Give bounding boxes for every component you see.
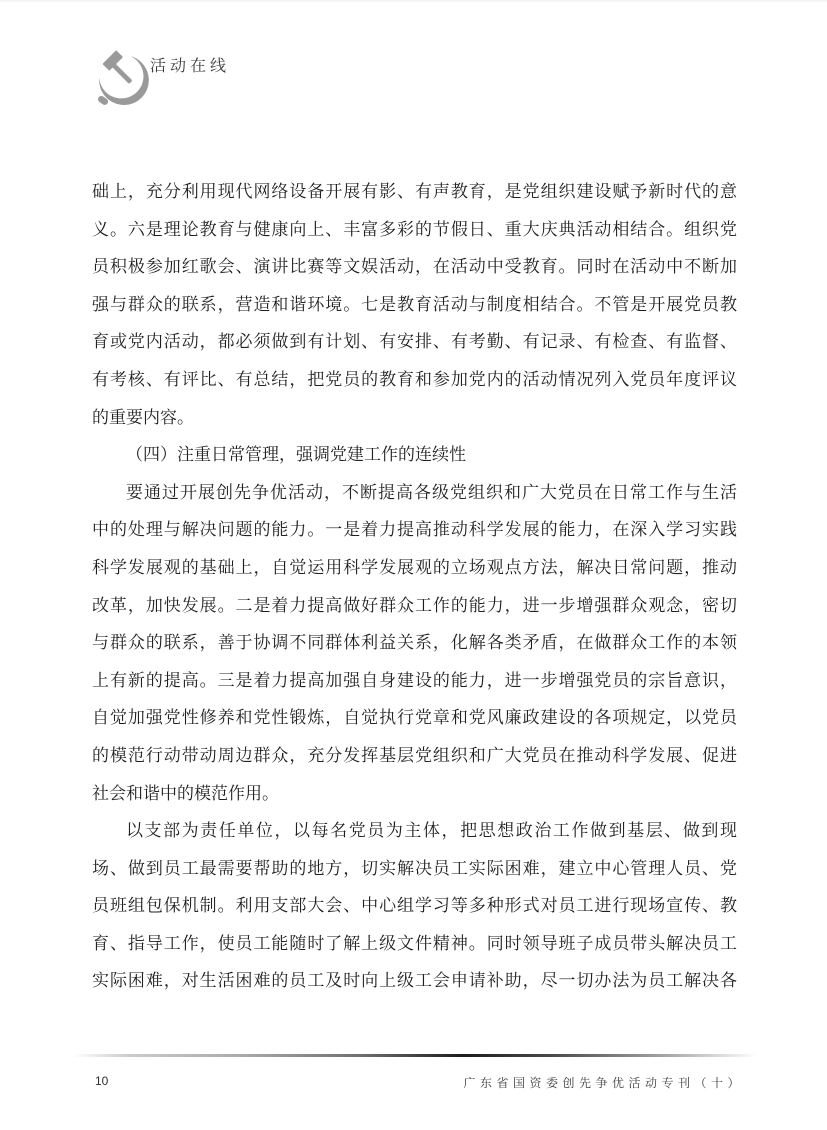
text-line: 义。六是理论教育与健康向上、丰富多彩的节假日、重大庆典活动相结合。组织党 <box>92 211 737 249</box>
text-line: 育、指导工作，使员工能随时了解上级文件精神。同时领导班子成员带头解决员工 <box>92 925 737 963</box>
text-line: 实际困难，对生活困难的员工及时向上级工会申请补助，尽一切办法为员工解决各 <box>92 962 737 1000</box>
text-line: 以支部为责任单位，以每名党员为主体，把思想政治工作做到基层、做到现 <box>92 812 737 850</box>
text-line: 有考核、有评比、有总结，把党员的教育和参加党内的活动情况列入党员年度评议 <box>92 361 737 399</box>
text-line: 员班组包保机制。利用支部大会、中心组学习等多种形式对员工进行现场宣传、教 <box>92 887 737 925</box>
party-emblem-icon <box>96 46 150 109</box>
text-line: 自觉加强党性修养和党性锻炼，自觉执行党章和党风廉政建设的各项规定，以党员 <box>92 699 737 737</box>
journal-title: 广东省国资委创先争优活动专刊（十） <box>463 1074 744 1091</box>
text-line: 础上，充分利用现代网络设备开展有影、有声教育，是党组织建设赋予新时代的意 <box>92 173 737 211</box>
document-page: 活动在线 础上，充分利用现代网络设备开展有影、有声教育，是党组织建设赋予新时代的… <box>0 0 827 1130</box>
text-line: 的模范行动带动周边群众，充分发挥基层党组织和广大党员在推动科学发展、促进 <box>92 737 737 775</box>
page-header: 活动在线 <box>0 0 827 130</box>
page-number: 10 <box>95 1074 108 1088</box>
text-line: 的重要内容。 <box>92 399 737 437</box>
text-line: 员积极参加红歌会、演讲比赛等文娱活动，在活动中受教育。同时在活动中不断加 <box>92 248 737 286</box>
section-heading: （四）注重日常管理，强调党建工作的连续性 <box>92 436 737 474</box>
text-line: 上有新的提高。三是着力提高加强自身建设的能力，进一步增强党员的宗旨意识， <box>92 662 737 700</box>
text-line: 场、做到员工最需要帮助的地方，切实解决员工实际困难，建立中心管理人员、党 <box>92 850 737 888</box>
text-line: 强与群众的联系，营造和谐环境。七是教育活动与制度相结合。不管是开展党员教 <box>92 286 737 324</box>
text-line: 改革，加快发展。二是着力提高做好群众工作的能力，进一步增强群众观念，密切 <box>92 587 737 625</box>
text-line: 中的处理与解决问题的能力。一是着力提高推动科学发展的能力，在深入学习实践 <box>92 511 737 549</box>
body-text: 础上，充分利用现代网络设备开展有影、有声教育，是党组织建设赋予新时代的意 义。六… <box>92 173 737 1000</box>
text-line: 科学发展观的基础上，自觉运用科学发展观的立场观点方法，解决日常问题，推动 <box>92 549 737 587</box>
text-line: 社会和谐中的模范作用。 <box>92 775 737 813</box>
footer-rule <box>73 1054 757 1057</box>
text-line: 与群众的联系，善于协调不同群体利益关系，化解各类矛盾，在做群众工作的本领 <box>92 624 737 662</box>
brand-title: 活动在线 <box>150 58 230 76</box>
text-line: 育或党内活动，都必须做到有计划、有安排、有考勤、有记录、有检查、有监督、 <box>92 323 737 361</box>
text-line: 要通过开展创先争优活动，不断提高各级党组织和广大党员在日常工作与生活 <box>92 474 737 512</box>
